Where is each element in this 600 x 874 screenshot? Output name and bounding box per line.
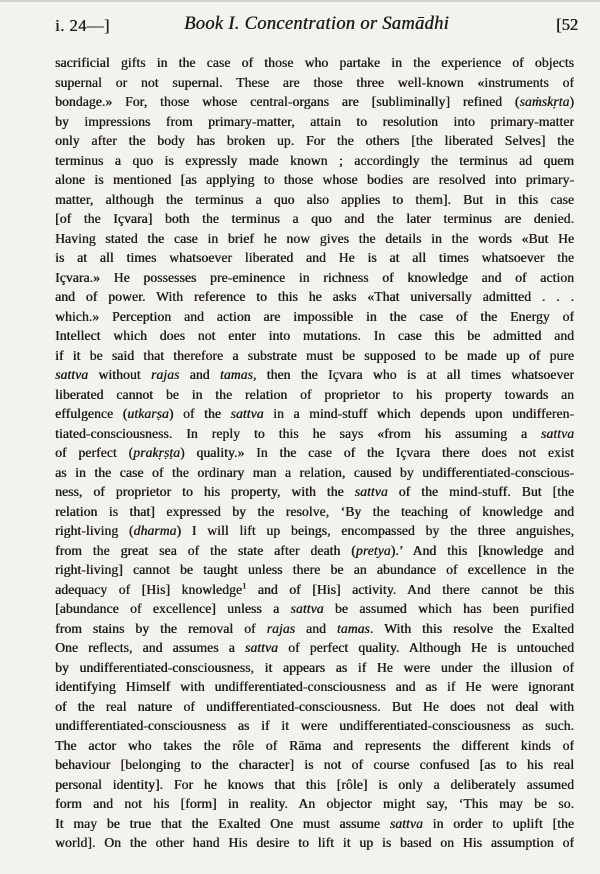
text-line: tiated-consciousness. In reply to this h… <box>55 424 574 444</box>
text-line: adequacy of [His] knowledge1 and of [His… <box>55 580 574 600</box>
text-line: ness, of proprietor to his property, wit… <box>55 482 574 502</box>
text-line: behaviour [belonging to the character] i… <box>55 755 574 775</box>
text-line: identifying Himself with undifferentiate… <box>55 677 574 697</box>
text-line: only after the body has broken up. For t… <box>55 131 574 151</box>
text-line: bondage.» For, those whose central-organ… <box>55 92 574 112</box>
text-line: sacrificial gifts in the case of those w… <box>55 53 574 73</box>
text-line: as in the case of the ordinary man a rel… <box>55 463 574 483</box>
text-block: sacrificial gifts in the case of those w… <box>55 53 574 853</box>
text-line: right-living] cannot be taught unless th… <box>55 560 574 580</box>
text-line: [abundance of excellence] unless a sattv… <box>55 599 574 619</box>
text-line: right-living (dharma) I will lift up bei… <box>55 521 574 541</box>
page-header: i. 24—] Book I. Concentration or Samādhi… <box>55 14 578 38</box>
text-line: undifferentiated-consciousness as if it … <box>55 716 574 736</box>
text-line: sattva without rajas and tamas, then the… <box>55 365 574 385</box>
text-line: which.» Perception and action are imposs… <box>55 307 574 327</box>
text-line: by undifferentiated-consciousness, it ap… <box>55 658 574 678</box>
text-line: relation is that] expressed by the resol… <box>55 502 574 522</box>
text-line: form and not his [form] in reality. An o… <box>55 794 574 814</box>
text-line: alone is mentioned [as applying to those… <box>55 170 574 190</box>
text-line: of the real nature of undifferentiated-c… <box>55 697 574 717</box>
text-line: liberated cannot be in the relation of p… <box>55 385 574 405</box>
text-line: world]. On the other hand His desire to … <box>55 833 574 853</box>
text-line: by impressions from primary-matter, atta… <box>55 112 574 132</box>
text-line: and of power. With reference to this he … <box>55 287 574 307</box>
text-line: Having stated the case in brief he now g… <box>55 229 574 249</box>
text-line: matter, although the terminus a quo also… <box>55 190 574 210</box>
text-line: from the great sea of the state after de… <box>55 541 574 561</box>
text-line: terminus a quo is expressly made known ;… <box>55 151 574 171</box>
text-line: [of the Içvara] both the terminus a quo … <box>55 209 574 229</box>
text-line: The actor who takes the rôle of Rāma and… <box>55 736 574 756</box>
text-line: of perfect (prakṛṣṭa) quality.» In the c… <box>55 443 574 463</box>
text-line: is at all times whatsoever liberated and… <box>55 248 574 268</box>
page-number: [52 <box>556 15 578 35</box>
text-line: from stains by the removal of rajas and … <box>55 619 574 639</box>
text-line: personal identity]. For he knows that th… <box>55 775 574 795</box>
page-title: Book I. Concentration or Samādhi <box>55 14 578 35</box>
text-line: effulgence (utkarṣa) of the sattva in a … <box>55 404 574 424</box>
text-line: It may be true that the Exalted One must… <box>55 814 574 834</box>
book-page: i. 24—] Book I. Concentration or Samādhi… <box>0 0 600 874</box>
text-line: Içvara.» He possesses pre-eminence in ri… <box>55 268 574 288</box>
text-line: One reflects, and assumes a sattva of pe… <box>55 638 574 658</box>
text-line: supernal or not supernal. These are thos… <box>55 73 574 93</box>
text-line: if it be said that therefore a substrate… <box>55 346 574 366</box>
text-line: Intellect which does not enter into muta… <box>55 326 574 346</box>
